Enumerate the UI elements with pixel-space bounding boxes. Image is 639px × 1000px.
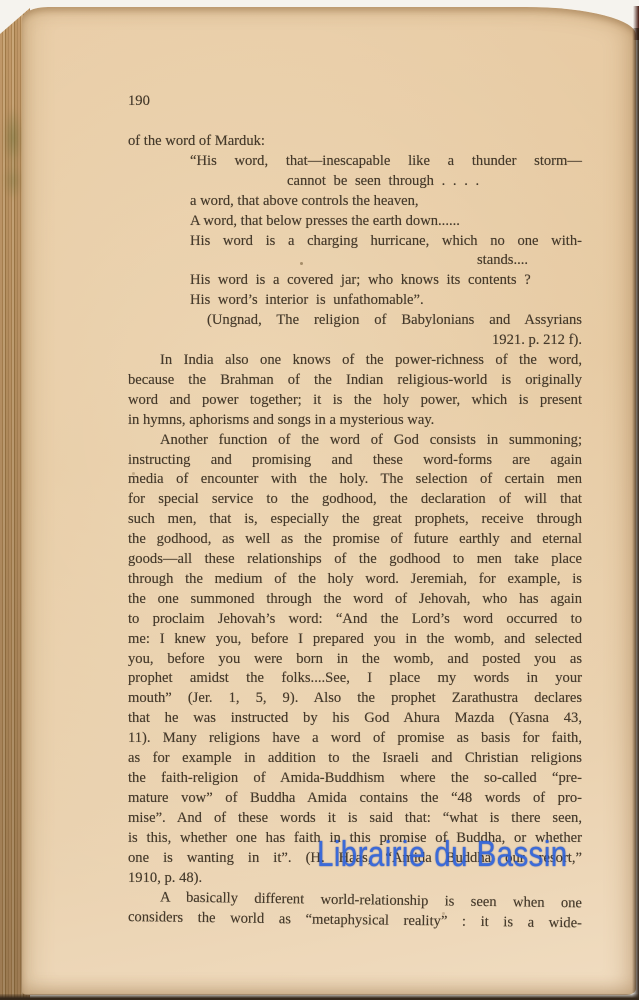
text-line: me: I knew you, before I prepared you in…: [128, 630, 582, 650]
text-line: the faith-religion of Amida-Buddhism whe…: [128, 769, 582, 789]
text-line: His word is a covered jar; who knows its…: [190, 271, 582, 291]
paper-speck: [300, 262, 303, 265]
page-number: 190: [128, 92, 582, 132]
text-line: cannot be seen through . . . .: [287, 172, 582, 192]
text-line: prophet amidst the folks....See, I place…: [128, 669, 582, 689]
text-line: that he was instructed by his God Ahura …: [128, 709, 582, 729]
text-line: 11). Many religions have a word of promi…: [128, 729, 582, 749]
text-line: “His word, that—inescapable like a thund…: [190, 152, 582, 172]
text-line: media of encounter with the holy. The se…: [128, 470, 582, 490]
text-line: you, before you were born in the womb, a…: [128, 650, 582, 670]
text-line: to proclaim Jehovah’s word: “And the Lor…: [128, 610, 582, 630]
text-line: (Ungnad, The religion of Babylonians and…: [207, 311, 582, 331]
text-line: 1921. p. 212 f).: [128, 331, 582, 351]
text-line: His word’s interior is unfathomable”.: [190, 291, 582, 311]
text-line: through the medium of the holy word. Jer…: [128, 570, 582, 590]
text-line: of the word of Marduk:: [128, 132, 582, 152]
text-line: Another function of the word of God cons…: [128, 431, 582, 451]
page-text: 190 of the word of Marduk:“His word, tha…: [128, 92, 582, 928]
text-line: His word is a charging hurricane, which …: [190, 232, 582, 252]
text-line: because the Brahman of the Indian religi…: [128, 371, 582, 391]
page-edge-stain: [2, 158, 24, 203]
text-line: as for example in addition to the Israel…: [128, 749, 582, 769]
text-line: mise”. And of these words it is said tha…: [128, 809, 582, 829]
text-line: In India also one knows of the power-ric…: [128, 351, 582, 371]
watermark: Librairie du Bassin: [317, 836, 568, 872]
text-line: mouth” (Jer. 1, 5, 9). Also the prophet …: [128, 689, 582, 709]
page-text-lines: of the word of Marduk:“His word, that—in…: [128, 132, 582, 928]
text-line: in hymns, aphorisms and songs in a myste…: [128, 411, 582, 431]
text-line: the one summoned through the word of Jeh…: [128, 590, 582, 610]
paper-speck: [442, 912, 445, 915]
text-line: mature vow” of Buddha Amida contains the…: [128, 789, 582, 809]
text-line: A word, that below presses the earth dow…: [190, 212, 582, 232]
text-line: word and power together; it is the holy …: [128, 391, 582, 411]
text-line: such men, that is, especially the great …: [128, 510, 582, 530]
text-line: goods—all these relationships of the god…: [128, 550, 582, 570]
text-line: instructing and promising and these word…: [128, 451, 582, 471]
book-spine-shadow: [632, 28, 639, 1000]
table-surface: [0, 994, 639, 1000]
text-line: for special service to the godhood, the …: [128, 490, 582, 510]
book-photo: 190 of the word of Marduk:“His word, tha…: [0, 0, 639, 1000]
text-line: the godhood, as well as the promise of f…: [128, 530, 582, 550]
text-line: stands....: [477, 251, 582, 271]
paper-speck: [132, 472, 135, 475]
text-line: a word, that above controls the heaven,: [190, 192, 582, 212]
